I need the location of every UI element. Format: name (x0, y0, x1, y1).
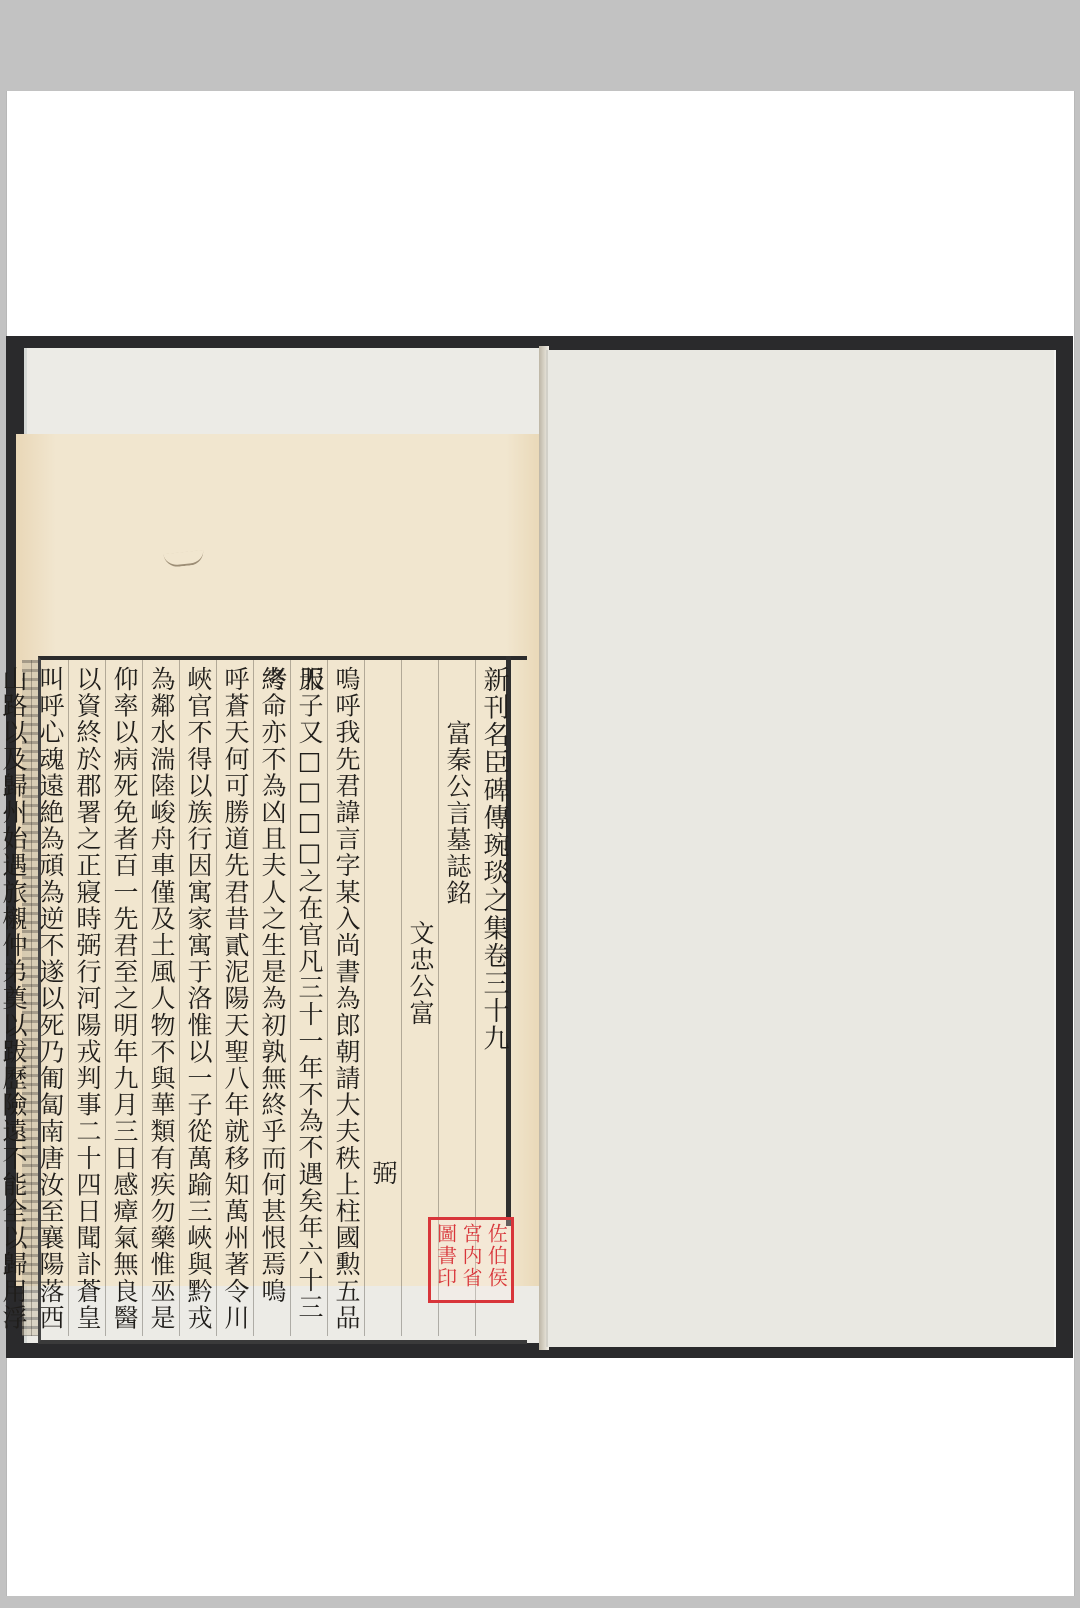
body-column: 山路以及歸州始遇旅櫬仲弟奠以跋歷險遠不能全以歸用浮 (0, 660, 31, 1336)
author-given-name-column: 弼 (364, 660, 401, 1336)
body-column: 呼蒼天何可勝道先君昔貳泥陽天聖八年就移知萬州著令川 (216, 660, 253, 1336)
seal-text: 圖書印 (434, 1223, 458, 1297)
body-column: 天子又□□□□之在官凡三十一年不為不遇矣年六十三考 (290, 660, 327, 1336)
seal-text: 佐伯侯 (484, 1223, 508, 1297)
right-page-blank (546, 350, 1056, 1347)
seal-text: 宮内省 (459, 1223, 483, 1297)
body-column: 以資終於郡署之正寢時弼行河陽戎判事二十四日聞訃蒼皇 (68, 660, 105, 1336)
paper-blemish (163, 550, 204, 568)
body-column: 叫呼心魂遠絶為頑為逆不遂以死乃匍匐南唐汝至襄陽落西 (31, 660, 68, 1336)
author-given-name: 弼 (369, 1160, 398, 1187)
body-column: 為鄰水湍陸峻舟車僅及土風人物不與華類有疾勿藥惟巫是 (142, 660, 179, 1336)
ownership-seal: 佐伯侯 宮内省 圖書印 (428, 1217, 514, 1303)
body-column: 仰率以病死免者百一先君至之明年九月三日感瘴氣無良醫 (105, 660, 142, 1336)
body-column: 嗚呼我先君諱言字某入尚書為郎朝請大夫秩上柱國勲五品服 (327, 660, 364, 1336)
left-page: 新刊名臣碑傳琬琰之集卷三十九 富秦公言墓誌銘 文忠公富 弼 嗚呼我先君諱言字某入… (16, 434, 546, 1286)
author-name: 文忠公富 (406, 920, 435, 1026)
book-spread: 新刊名臣碑傳琬琰之集卷三十九 富秦公言墓誌銘 文忠公富 弼 嗚呼我先君諱言字某入… (6, 336, 1073, 1358)
body-column: 終命亦不為凶且夫人之生是為初孰無終乎而何甚恨焉嗚 (253, 660, 290, 1336)
body-column: 峽官不得以族行因寓家寓于洛惟以一子從萬踰三峽與黔戎 (179, 660, 216, 1336)
